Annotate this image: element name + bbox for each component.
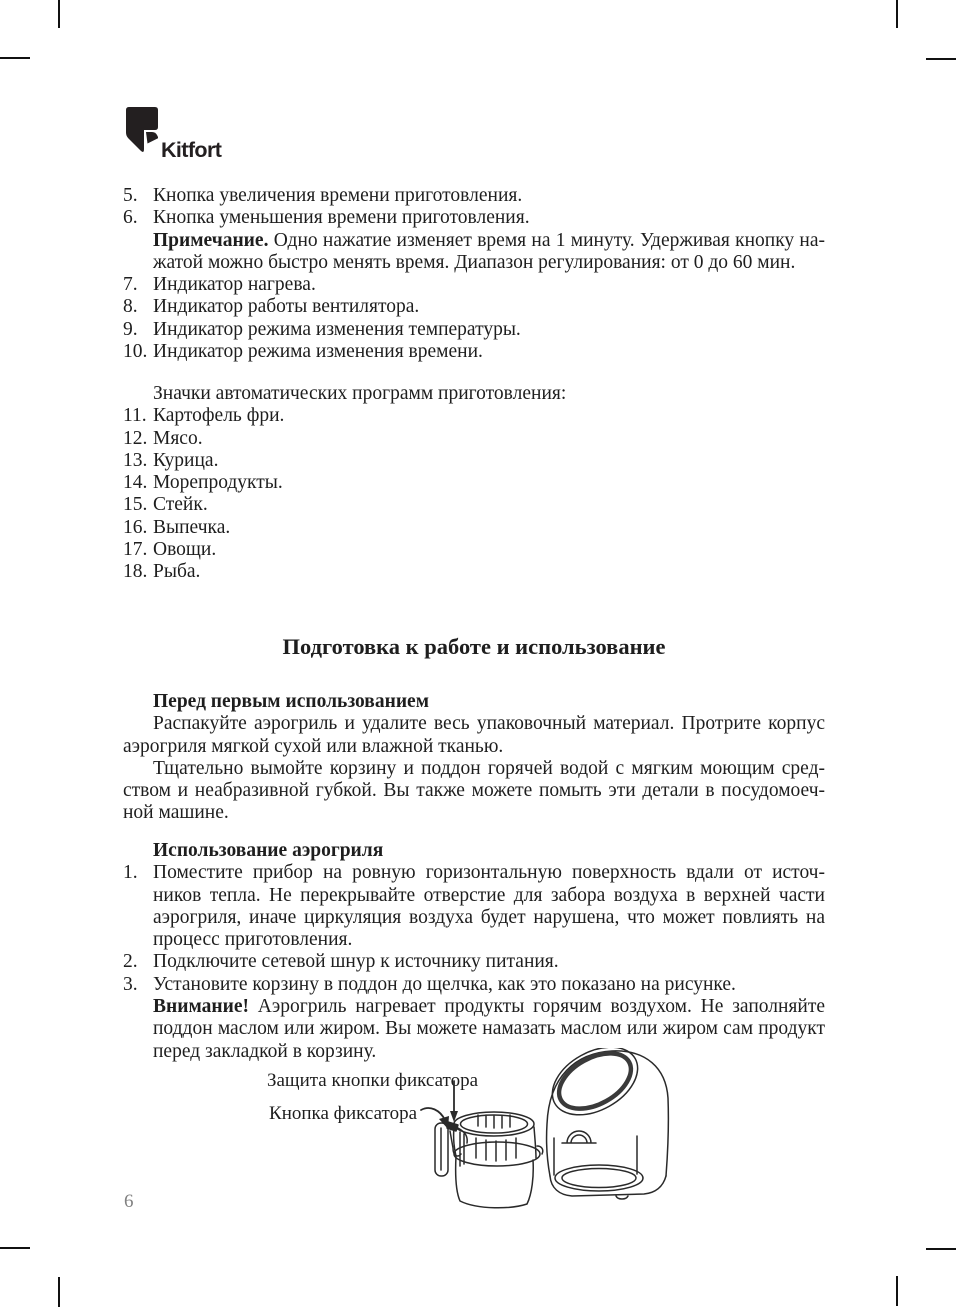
list-item-text: Картофель фри. [153, 405, 825, 427]
warning-text: Аэрогриль нагревает продукты горячим воз… [249, 996, 825, 1017]
list-item-number: 11. [123, 405, 147, 427]
fryer-body-drawing [541, 1048, 669, 1199]
list-item: 13.Курица. [123, 450, 825, 472]
warning-line-2: поддон маслом или жиром. Вы можете намаз… [153, 1018, 825, 1040]
arrow-curved-icon [421, 1108, 449, 1129]
list-item-text: Морепродукты. [153, 472, 825, 494]
list-item-number: 16. [123, 517, 147, 539]
list-item: 9. Индикатор режима изменения температур… [123, 319, 825, 341]
step-item: 2. Подключите сетевой шнур к источнику п… [123, 951, 825, 973]
list-item: 18.Рыба. [123, 561, 825, 583]
note-label: Примечание. [153, 230, 268, 251]
step-line: Установите корзину в поддон до щелчка, к… [153, 974, 825, 996]
list-item-text: Стейк. [153, 494, 825, 516]
step-number: 2. [123, 951, 138, 973]
usage-section: Использование аэрогриля 1. Поместите при… [123, 840, 825, 1063]
basket-drawing [435, 1112, 543, 1208]
crop-mark-bottom-left-vertical [58, 1277, 60, 1307]
paragraph-line: ной машине. [123, 802, 825, 824]
step-line: Подключите сетевой шнур к источнику пита… [153, 951, 825, 973]
list-item-text: Рыба. [153, 561, 825, 583]
list-item: 17.Овощи. [123, 539, 825, 561]
programs-list: Значки автоматических программ приготовл… [123, 383, 825, 584]
figure-air-fryer-drawing [420, 1048, 680, 1233]
list-item-text: Выпечка. [153, 517, 825, 539]
list-item-text: Индикатор работы вентилятора. [153, 296, 825, 318]
page-number: 6 [124, 1191, 134, 1213]
list-item: 11.Картофель фри. [123, 405, 825, 427]
step-number: 3. [123, 974, 138, 996]
step-line: Поместите прибор на ровную горизонтальну… [153, 862, 825, 884]
list-item: 8. Индикатор работы вентилятора. [123, 296, 825, 318]
crop-mark-top-right-horizontal [926, 58, 956, 60]
list-item-text: Курица. [153, 450, 825, 472]
step-line: аэрогриля, иначе циркуляция воздуха буде… [153, 907, 825, 929]
list-item-number: 7. [123, 274, 138, 296]
paragraph-line: Распакуйте аэрогриль и удалите весь упак… [123, 713, 825, 735]
warning-line-1: Внимание! Аэрогриль нагревает продукты г… [153, 996, 825, 1018]
note-line-1: Примечание. Одно нажатие изменяет время … [153, 230, 825, 252]
step-item: 1. Поместите прибор на ровную горизонтал… [123, 862, 825, 951]
note-text: Одно нажатие изменяет время на 1 минуту.… [268, 230, 825, 251]
list-item-text: Кнопка уменьшения времени приготовления. [153, 207, 825, 229]
list-item: 7. Индикатор нагрева. [123, 274, 825, 296]
manual-page: Kitfort 5. Кнопка увеличения времени при… [0, 0, 956, 1307]
crop-mark-bottom-right-vertical [896, 1276, 898, 1306]
list-item: 10. Индикатор режима изменения времени. [123, 341, 825, 363]
step-line: процесс приготовления. [153, 929, 825, 951]
list-item: 16.Выпечка. [123, 517, 825, 539]
programs-intro: Значки автоматических программ приготовл… [123, 383, 825, 405]
list-item: 5. Кнопка увеличения времени приготовлен… [123, 185, 825, 207]
figure-label-lock-button: Кнопка фиксатора [269, 1103, 417, 1125]
crop-mark-top-left-horizontal [0, 57, 30, 59]
paragraph-line: ством и неабразивной губкой. Вы также мо… [123, 780, 825, 802]
list-item: 12.Мясо. [123, 428, 825, 450]
list-item-text: Индикатор нагрева. [153, 274, 825, 296]
kitfort-logo: Kitfort [126, 107, 221, 162]
paragraph-line: аэрогриля мягкой сухой или влажной ткань… [123, 736, 825, 758]
warning-label: Внимание! [153, 996, 249, 1017]
list-item-number: 12. [123, 428, 147, 450]
section-heading: Подготовка к работе и использование [123, 634, 825, 660]
kitfort-logo-icon [126, 107, 158, 162]
subheading-before-first-use: Перед первым использованием [123, 691, 825, 713]
list-item-number: 15. [123, 494, 147, 516]
list-item-number: 17. [123, 539, 147, 561]
subheading-usage: Использование аэрогриля [123, 840, 825, 862]
arrow-down-icon [450, 1081, 458, 1122]
list-item: 14.Морепродукты. [123, 472, 825, 494]
list-item-number: 13. [123, 450, 147, 472]
list-item-text: Кнопка увеличения времени приготовления. [153, 185, 825, 207]
list-item-text: Овощи. [153, 539, 825, 561]
crop-mark-bottom-left-horizontal [0, 1247, 30, 1249]
list-item-text: Индикатор режима изменения температуры. [153, 319, 825, 341]
crop-mark-top-right-vertical [896, 0, 898, 28]
list-item-number: 5. [123, 185, 138, 207]
before-first-use-section: Перед первым использованием Распакуйте а… [123, 691, 825, 825]
list-item-number: 10. [123, 341, 147, 363]
crop-mark-bottom-right-horizontal [926, 1248, 956, 1250]
list-item: 6. Кнопка уменьшения времени приготовлен… [123, 207, 825, 274]
list-item-number: 9. [123, 319, 138, 341]
list-item-number: 18. [123, 561, 147, 583]
paragraph-line: Тщательно вымойте корзину и поддон горяч… [123, 758, 825, 780]
step-line: ников тепла. Не перекрывайте отверстие д… [153, 885, 825, 907]
list-item: 15.Стейк. [123, 494, 825, 516]
list-item-text: Мясо. [153, 428, 825, 450]
step-number: 1. [123, 862, 138, 884]
parts-list: 5. Кнопка увеличения времени приготовлен… [123, 185, 825, 363]
kitfort-logo-text: Kitfort [161, 140, 221, 161]
note-line-2: жатой можно быстро менять время. Диапазо… [153, 252, 825, 274]
list-item-number: 6. [123, 207, 138, 229]
crop-mark-top-left-vertical [58, 0, 60, 28]
list-item-number: 14. [123, 472, 147, 494]
list-item-text: Индикатор режима изменения времени. [153, 341, 825, 363]
list-item-number: 8. [123, 296, 138, 318]
